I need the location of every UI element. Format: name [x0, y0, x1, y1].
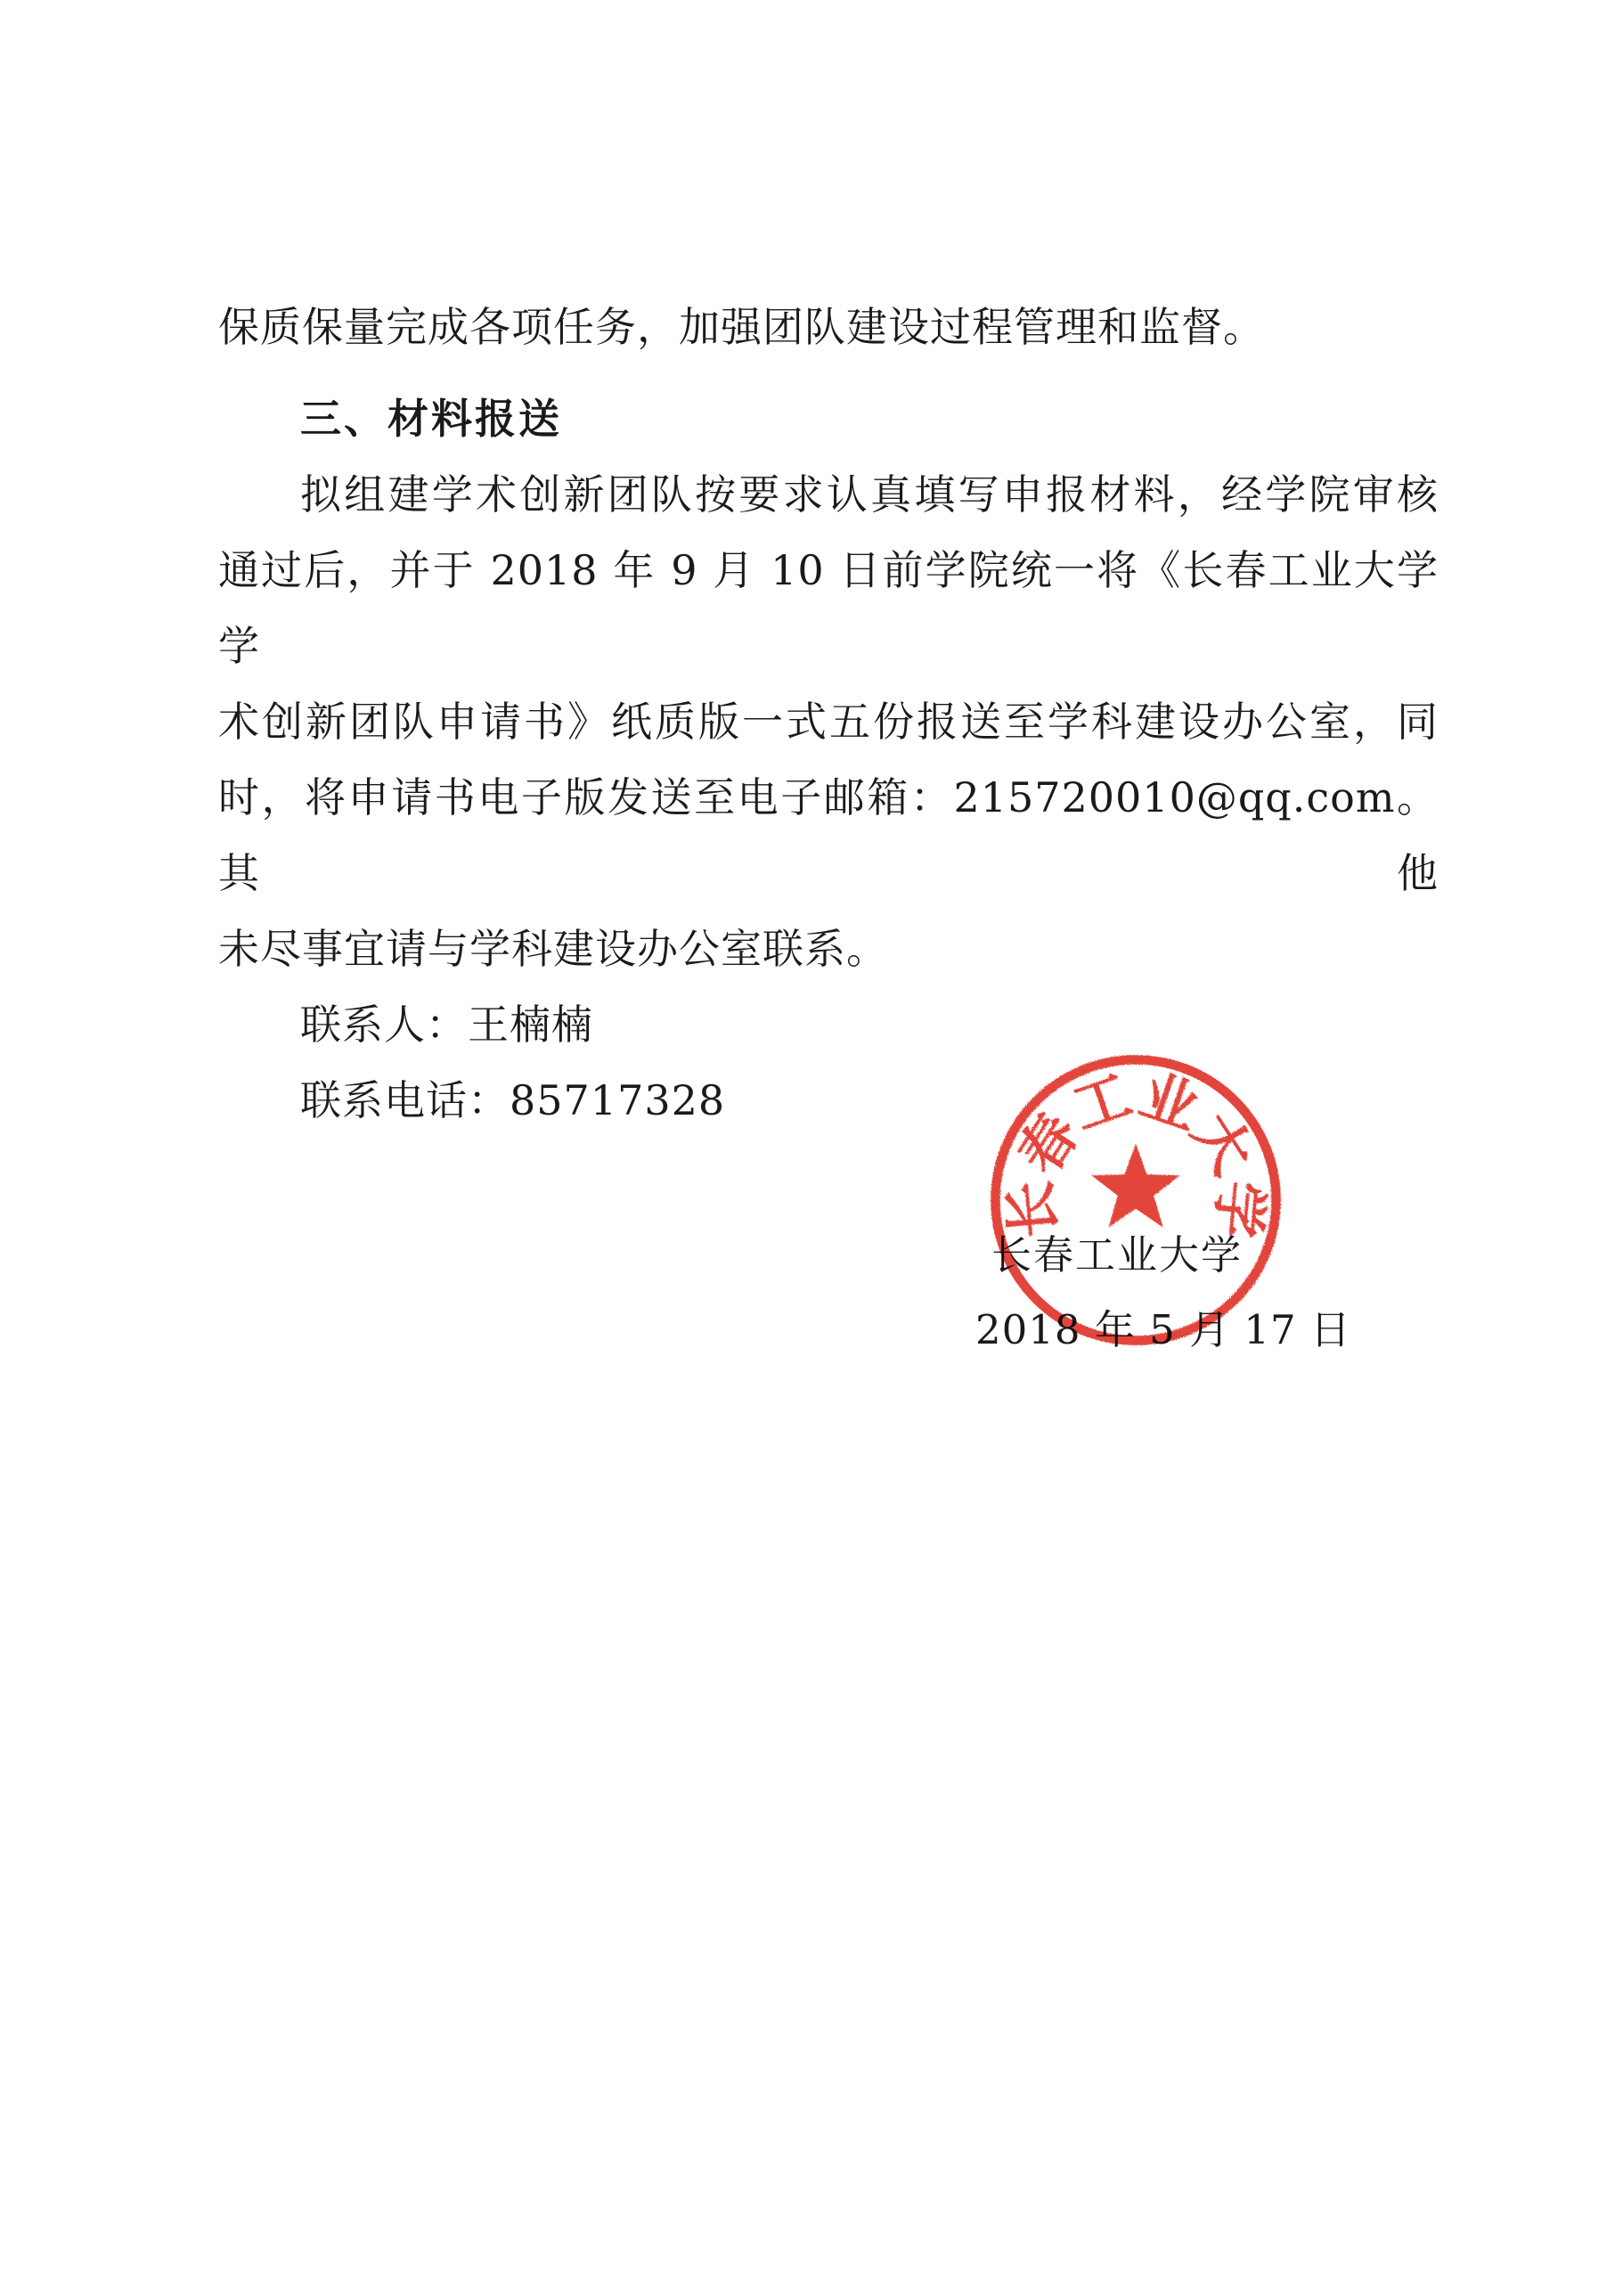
paragraph-line: 时，将申请书电子版发送至电子邮箱：215720010@qq.com。其他 — [218, 760, 1439, 911]
section-heading: 三、材料报送 — [218, 381, 1439, 457]
signature-date: 2018 年 5 月 17 日 — [975, 1297, 1351, 1355]
paragraph-line: 术创新团队申请书》纸质版一式五份报送至学科建设办公室，同 — [218, 684, 1439, 760]
closing-line: 保质保量完成各项任务，加强团队建设过程管理和监督。 — [218, 290, 1439, 365]
seal-star — [1091, 1143, 1179, 1227]
paragraph-line: 未尽事宜请与学科建设办公室联系。 — [218, 911, 1439, 987]
signature-organization: 长春工业大学 — [991, 1222, 1243, 1280]
paragraph-line: 拟组建学术创新团队按要求认真填写申报材料，经学院审核 — [218, 457, 1439, 533]
paragraph-line: 通过后，并于 2018 年 9 月 10 日前学院统一将《长春工业大学学 — [218, 533, 1439, 684]
document-page: 保质保量完成各项任务，加强团队建设过程管理和监督。 三、材料报送 拟组建学术创新… — [0, 0, 1623, 2296]
document-body: 保质保量完成各项任务，加强团队建设过程管理和监督。 三、材料报送 拟组建学术创新… — [218, 290, 1439, 1139]
